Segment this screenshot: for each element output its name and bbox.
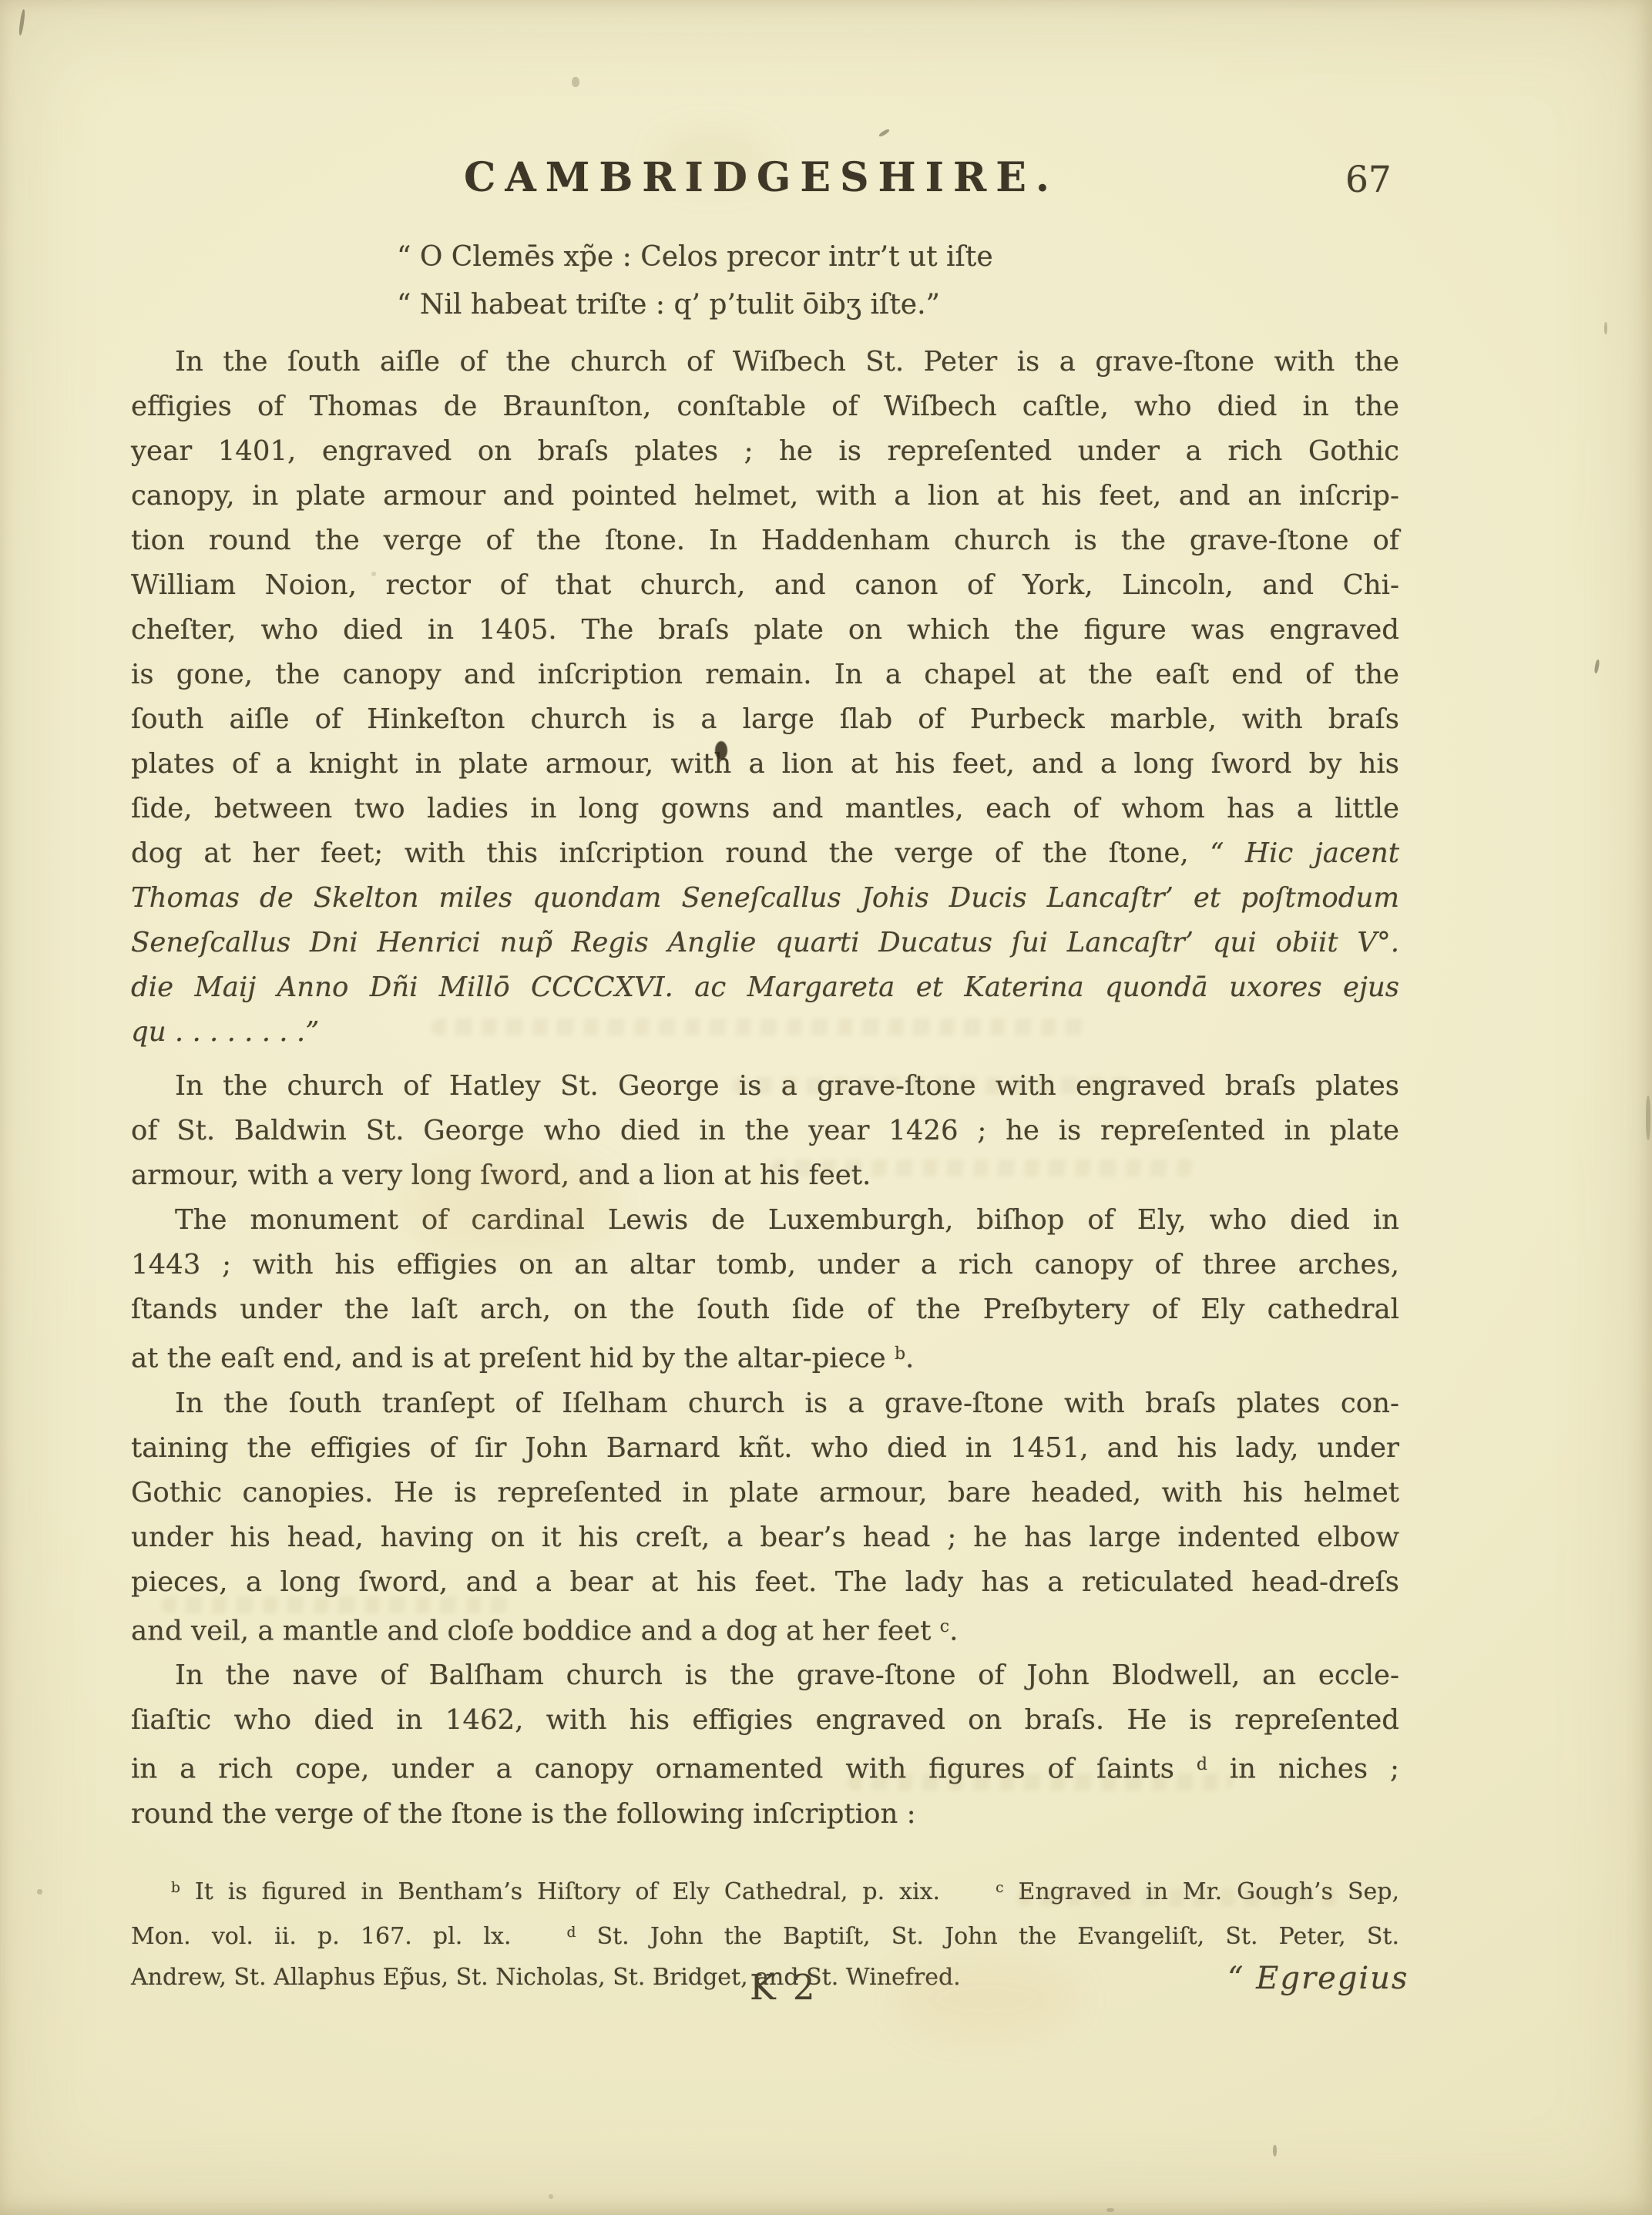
ink-speck [1604,322,1607,334]
text-line: at the eaſt end, and is at preſent hid b… [131,1332,1399,1381]
text-line: taining the effigies of ſir John Barnard… [131,1426,1399,1471]
text-segment: . [905,1343,914,1374]
text-segment: “ Hic jacent [1210,837,1399,869]
ink-speck [878,128,890,137]
ink-speck [1593,659,1600,674]
text-segment: “ O Clemēs xp̃e : Celos precor intr’t ut… [397,241,993,273]
text-segment: taining the effigies of ſir John Barnard… [131,1432,1399,1464]
text-line: 1443 ; with his effigies on an altar tom… [131,1243,1399,1287]
text-segment: “ Nil habeat triſte : q’ p’tulit ōibʒ iſ… [397,289,940,321]
ink-speck [549,2194,553,2199]
text-segment: William Noion, rector of that church, an… [131,569,1399,601]
text-segment: Gothic canopies. He is repreſented in pl… [131,1477,1399,1509]
text-line: In the ſouth tranſept of Iſelham church … [131,1381,1399,1426]
catchword: “ Egregius [1227,1961,1409,1996]
footnote-marker: c [940,1617,949,1636]
text-line: is gone, the canopy and inſcription rema… [131,653,1399,697]
text-segment: . [949,1615,958,1646]
text-segment: of St. Baldwin St. George who died in th… [131,1115,1399,1146]
text-segment: plates of a knight in plate armour, with… [131,748,1399,780]
signature-mark: K 2 [750,1967,818,2008]
text-line: year 1401, engraved on braſs plates ; he… [131,429,1399,474]
paper-stain [894,1957,1079,2042]
text-line: armour, with a very long ſword, and a li… [131,1153,1399,1198]
text-segment: In the ſouth aiſle of the church of Wiſb… [175,346,1399,378]
text-segment: Mon. vol. ii. p. 167. pl. lx. [131,1923,511,1950]
text-segment: ſide, between two ladies in long gowns a… [131,793,1399,824]
text-line: canopy, in plate armour and pointed helm… [131,474,1399,519]
text-line: round the verge of the ſtone is the foll… [131,1792,1399,1837]
text-line: The monument of cardinal Lewis de Luxemb… [131,1198,1399,1243]
text-line: ſtands under the laſt arch, on the ſouth… [131,1287,1399,1332]
book-page: CAMBRIDGESHIRE. 67 “ O Clemēs xp̃e : Cel… [0,0,1652,2215]
text-segment: St. John the Baptiſt, St. John the Evang… [576,1923,1399,1950]
text-segment: effigies of Thomas de Braunſton, conſtab… [131,391,1399,422]
paper-stain [401,1156,616,1256]
text-segment: at the eaſt end, and is at preſent hid b… [131,1343,895,1374]
paragraph-wisbech: In the ſouth aiſle of the church of Wiſb… [131,340,1399,1055]
text-line: “ O Clemēs xp̃e : Celos precor intr’t ut… [397,233,1399,281]
text-segment: ſiaſtic who died in 1462, with his effig… [131,1704,1399,1736]
ink-speck [1106,2208,1114,2212]
text-segment: Andrew, St. Allaphus Ep̃us, St. Nicholas… [131,1964,961,1991]
text-segment: dog at her feet; with this inſcription r… [131,837,1210,869]
ink-speck [572,77,579,87]
footnote-gap [940,1871,996,1912]
text-segment: tion round the verge of the ſtone. In Ha… [131,525,1399,556]
bleed-through-text [731,1077,1133,1094]
footnote-marker: d [566,1925,576,1941]
paragraph-balsham: In the nave of Balſham church is the gra… [131,1653,1399,1837]
footnote-marker: b [895,1344,905,1364]
text-segment: Thomas de Skelton miles quondam Seneſcal… [131,882,1399,914]
text-segment: die Maij Anno Dñi Millō CCCCXVI. ac Marg… [131,972,1399,1003]
footnote-marker: d [1197,1755,1207,1774]
text-segment: qu . . . . . . . .” [131,1016,319,1048]
text-segment: The monument of cardinal Lewis de Luxemb… [175,1204,1399,1236]
bleed-through-text [770,1160,1203,1176]
footnote-marker: b [171,1880,180,1896]
text-line: ſouth aiſle of Hinkeſton church is a lar… [131,697,1399,742]
text-segment: ſtands under the laſt arch, on the ſouth… [131,1294,1399,1325]
text-segment: In the ſouth tranſept of Iſelham church … [175,1388,1399,1419]
text-line: under his head, having on it his creſt, … [131,1515,1399,1560]
text-segment: in niches ; [1207,1754,1399,1785]
text-segment: In the nave of Balſham church is the gra… [175,1660,1399,1691]
footnote-marker: c [996,1880,1003,1896]
text-segment: ſouth aiſle of Hinkeſton church is a lar… [131,703,1399,735]
ink-blot [715,741,727,760]
ink-speck [37,1889,42,1894]
text-line: Gothic canopies. He is repreſented in pl… [131,1471,1399,1515]
text-line: William Noion, rector of that church, an… [131,563,1399,608]
text-segment: canopy, in plate armour and pointed helm… [131,480,1399,512]
paragraph-luxemburgh: The monument of cardinal Lewis de Luxemb… [131,1198,1399,1381]
page-content: “ O Clemēs xp̃e : Celos precor intr’t ut… [131,233,1399,1998]
ink-speck [1273,2145,1277,2156]
text-line: tion round the verge of the ſtone. In Ha… [131,519,1399,563]
text-segment: round the verge of the ſtone is the foll… [131,1798,916,1830]
text-line: plates of a knight in plate armour, with… [131,742,1399,787]
text-line: ſide, between two ladies in long gowns a… [131,787,1399,831]
text-segment: 1443 ; with his effigies on an altar tom… [131,1249,1399,1280]
latin-quote: “ O Clemēs xp̃e : Celos precor intr’t ut… [131,233,1399,329]
text-line: Mon. vol. ii. p. 167. pl. lx. d St. John… [131,1912,1399,1957]
footnote-gap [511,1916,566,1957]
text-line: effigies of Thomas de Braunſton, conſtab… [131,384,1399,429]
text-line: of St. Baldwin St. George who died in th… [131,1109,1399,1153]
text-segment: It is figured in Bentham’s Hiſtory of El… [180,1878,940,1905]
text-line: “ Nil habeat triſte : q’ p’tulit ōibʒ iſ… [397,281,1399,329]
paper-stain [655,131,771,185]
text-line: In the nave of Balſham church is the gra… [131,1653,1399,1698]
text-segment: and veil, a mantle and cloſe boddice and… [131,1615,940,1646]
ink-speck [1646,1096,1650,1140]
text-line: In the ſouth aiſle of the church of Wiſb… [131,340,1399,384]
text-line: Thomas de Skelton miles quondam Seneſcal… [131,876,1399,921]
bleed-through-text [1016,1889,1341,1906]
bleed-through-text [847,1774,1234,1790]
text-segment: Seneſcallus Dni Henrici nup̃ Regis Angli… [131,927,1399,958]
page-number: 67 [1345,159,1392,201]
text-line: Seneſcallus Dni Henrici nup̃ Regis Angli… [131,921,1399,965]
text-line: cheſter, who died in 1405. The braſs pla… [131,608,1399,653]
bleed-through-text [161,1596,509,1613]
text-segment: cheſter, who died in 1405. The braſs pla… [131,614,1399,646]
text-segment: under his head, having on it his creſt, … [131,1522,1399,1553]
text-line: ſiaſtic who died in 1462, with his effig… [131,1698,1399,1743]
text-segment: year 1401, engraved on braſs plates ; he… [131,435,1399,467]
text-line: die Maij Anno Dñi Millō CCCCXVI. ac Marg… [131,965,1399,1010]
text-segment: is gone, the canopy and inſcription rema… [131,659,1399,690]
ink-speck [371,572,376,576]
ink-speck [18,9,26,35]
text-line: dog at her feet; with this inſcription r… [131,831,1399,876]
bleed-through-text [431,1019,1087,1035]
text-segment: pieces, a long ſword, and a bear at his … [131,1566,1399,1598]
